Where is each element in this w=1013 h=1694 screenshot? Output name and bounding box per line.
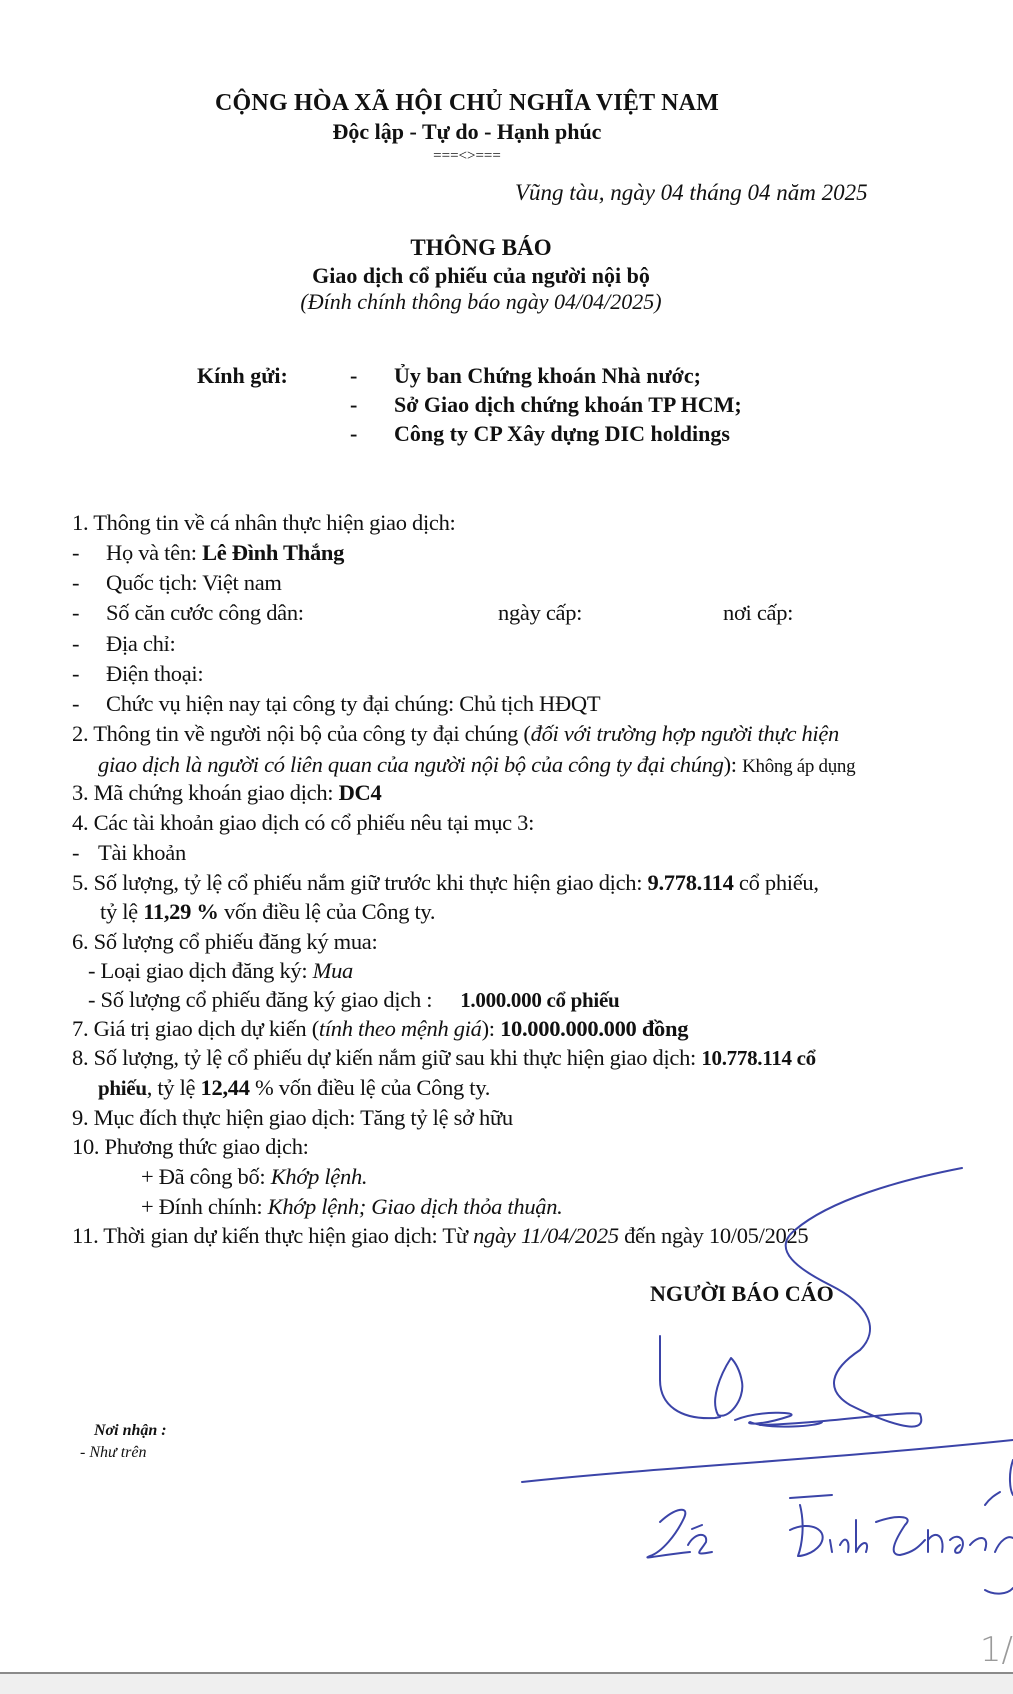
section-7-value: 7. Giá trị giao dịch dự kiến (tính theo … xyxy=(72,1016,688,1042)
section-5-line-1: 5. Số lượng, tỷ lệ cổ phiếu nắm giữ trướ… xyxy=(72,870,819,896)
document-page: CỘNG HÒA XÃ HỘI CHỦ NGHĨA VIỆT NAM Độc l… xyxy=(0,0,1013,1670)
recipient-item: -Sở Giao dịch chứng khoán TP HCM; xyxy=(350,392,742,418)
transaction-value: 10.000.000.000 đồng xyxy=(500,1016,688,1041)
section-2-line-2: giao dịch là người có liên quan của ngườ… xyxy=(98,752,855,778)
section-6-heading: 6. Số lượng cổ phiếu đăng ký mua: xyxy=(72,929,377,955)
correction-note: (Đính chính thông báo ngày 04/04/2025) xyxy=(0,289,962,315)
full-name-value: Lê Đình Thắng xyxy=(202,540,344,565)
field-corrected-method: + Đính chính: Khớp lệnh; Giao dịch thỏa … xyxy=(141,1194,563,1220)
field-issue-place: nơi cấp: xyxy=(723,600,793,626)
section-4-heading: 4. Các tài khoản giao dịch có cổ phiếu n… xyxy=(72,810,534,836)
field-nationality: -Quốc tịch: Việt nam xyxy=(72,570,282,596)
ticker-value: DC4 xyxy=(339,780,382,805)
shares-after-value: 10.778.114 xyxy=(701,1046,791,1070)
motto: Độc lập - Tự do - Hạnh phúc xyxy=(0,119,934,145)
field-phone: -Điện thoại: xyxy=(72,661,203,687)
field-address: -Địa chỉ: xyxy=(72,631,175,657)
section-8-line-2: phiếu, tỷ lệ 12,44 % vốn điều lệ của Côn… xyxy=(98,1075,490,1101)
recipients-label: Kính gửi: xyxy=(197,363,288,389)
nation-heading: CỘNG HÒA XÃ HỘI CHỦ NGHĨA VIỆT NAM xyxy=(0,90,934,117)
signature-title: NGƯỜI BÁO CÁO xyxy=(650,1281,834,1307)
date-line: Vũng tàu, ngày 04 tháng 04 năm 2025 xyxy=(515,180,868,206)
field-announced-method: + Đã công bố: Khớp lệnh. xyxy=(141,1164,367,1190)
field-issue-date: ngày cấp: xyxy=(498,600,582,626)
registered-quantity-value: 1.000.000 xyxy=(460,988,541,1012)
handwritten-name: Lê Đình Thắng xyxy=(0,1550,1,1551)
section-11-period: 11. Thời gian dự kiến thực hiện giao dịc… xyxy=(72,1223,808,1249)
document-title: THÔNG BÁO xyxy=(0,235,962,261)
ornament-divider: ===<>=== xyxy=(0,148,934,165)
recipients-footer-label: Nơi nhận : xyxy=(94,1422,167,1440)
section-3-ticker: 3. Mã chứng khoán giao dịch: DC4 xyxy=(72,780,381,806)
shares-before-value: 9.778.114 xyxy=(648,870,734,895)
transaction-type-value: Mua xyxy=(313,958,353,983)
ratio-before-value: 11,29 % xyxy=(143,899,218,924)
field-id-number: -Số căn cước công dân: xyxy=(72,600,304,626)
field-position: -Chức vụ hiện nay tại công ty đại chúng:… xyxy=(72,691,600,717)
not-applicable-value: Không áp dụng xyxy=(742,756,855,777)
document-subtitle: Giao dịch cổ phiếu của người nội bộ xyxy=(0,263,962,289)
section-8-line-1: 8. Số lượng, tỷ lệ cổ phiếu dự kiến nắm … xyxy=(72,1045,816,1071)
field-full-name: -Họ và tên: Lê Đình Thắng xyxy=(72,540,344,566)
recipients-footer-item: - Như trên xyxy=(80,1444,147,1462)
section-2-line-1: 2. Thông tin về người nội bộ của công ty… xyxy=(72,721,839,747)
field-transaction-type: - Loại giao dịch đăng ký: Mua xyxy=(88,958,353,984)
page-indicator: 1/ xyxy=(980,1630,1013,1670)
field-account: -Tài khoản xyxy=(72,840,186,866)
recipient-item: -Ủy ban Chứng khoán Nhà nước; xyxy=(350,363,701,389)
section-9-purpose: 9. Mục đích thực hiện giao dịch: Tăng tỷ… xyxy=(72,1105,513,1131)
section-1-heading: 1. Thông tin về cá nhân thực hiện giao d… xyxy=(72,510,455,536)
field-registered-quantity: - Số lượng cổ phiếu đăng ký giao dịch :1… xyxy=(88,987,619,1013)
ratio-after-value: 12,44 xyxy=(201,1075,250,1100)
viewer-bottom-bar xyxy=(0,1672,1013,1694)
section-5-line-2: tỷ lệ 11,29 % vốn điều lệ của Công ty. xyxy=(100,899,435,925)
section-10-heading: 10. Phương thức giao dịch: xyxy=(72,1134,309,1160)
recipient-item: -Công ty CP Xây dựng DIC holdings xyxy=(350,421,730,447)
